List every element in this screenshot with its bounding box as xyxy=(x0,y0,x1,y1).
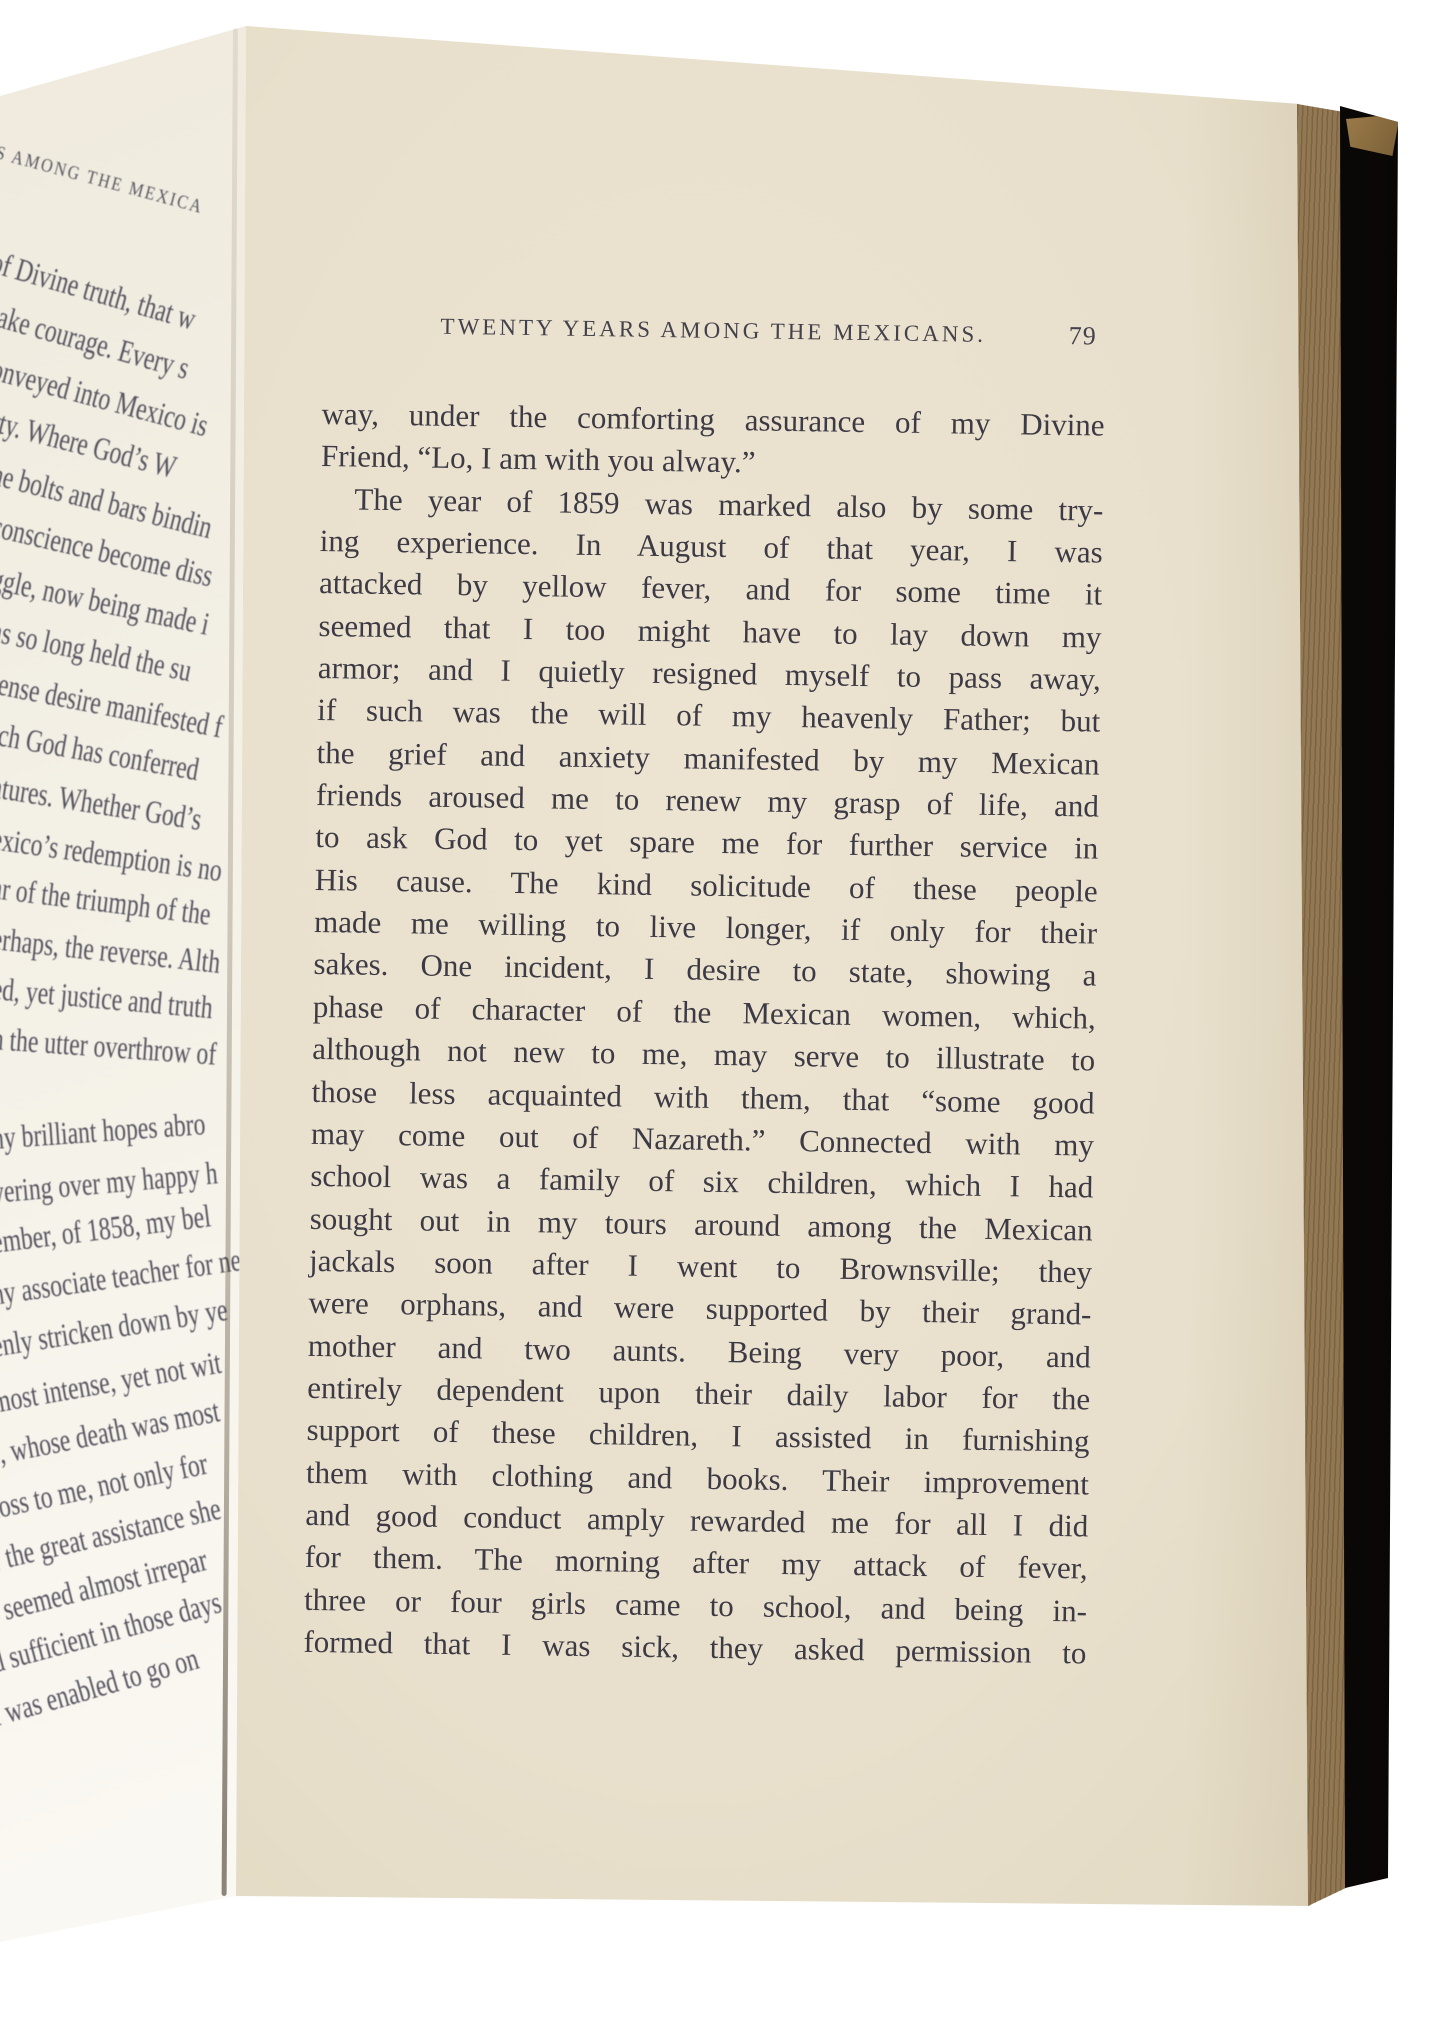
left-text-line: n the utter overthrow of xyxy=(0,1020,218,1073)
left-text-line: ny brilliant hopes abro xyxy=(0,1105,207,1157)
running-header: TWENTY YEARS AMONG THE MEXICANS. 79 xyxy=(321,312,1104,358)
left-text-line: ed, yet justice and truth xyxy=(0,970,214,1026)
page-number: 79 xyxy=(1069,321,1097,351)
book-photo: S AMONG THE MEXICA of Divine truth, that… xyxy=(0,0,1445,2023)
left-running-header: S AMONG THE MEXICA xyxy=(0,142,206,219)
running-header-title: TWENTY YEARS AMONG THE MEXICANS. xyxy=(322,312,1105,350)
body-text: way, under the comforting assurance of m… xyxy=(303,393,1105,1675)
cover-wear-chip xyxy=(1346,114,1400,156)
